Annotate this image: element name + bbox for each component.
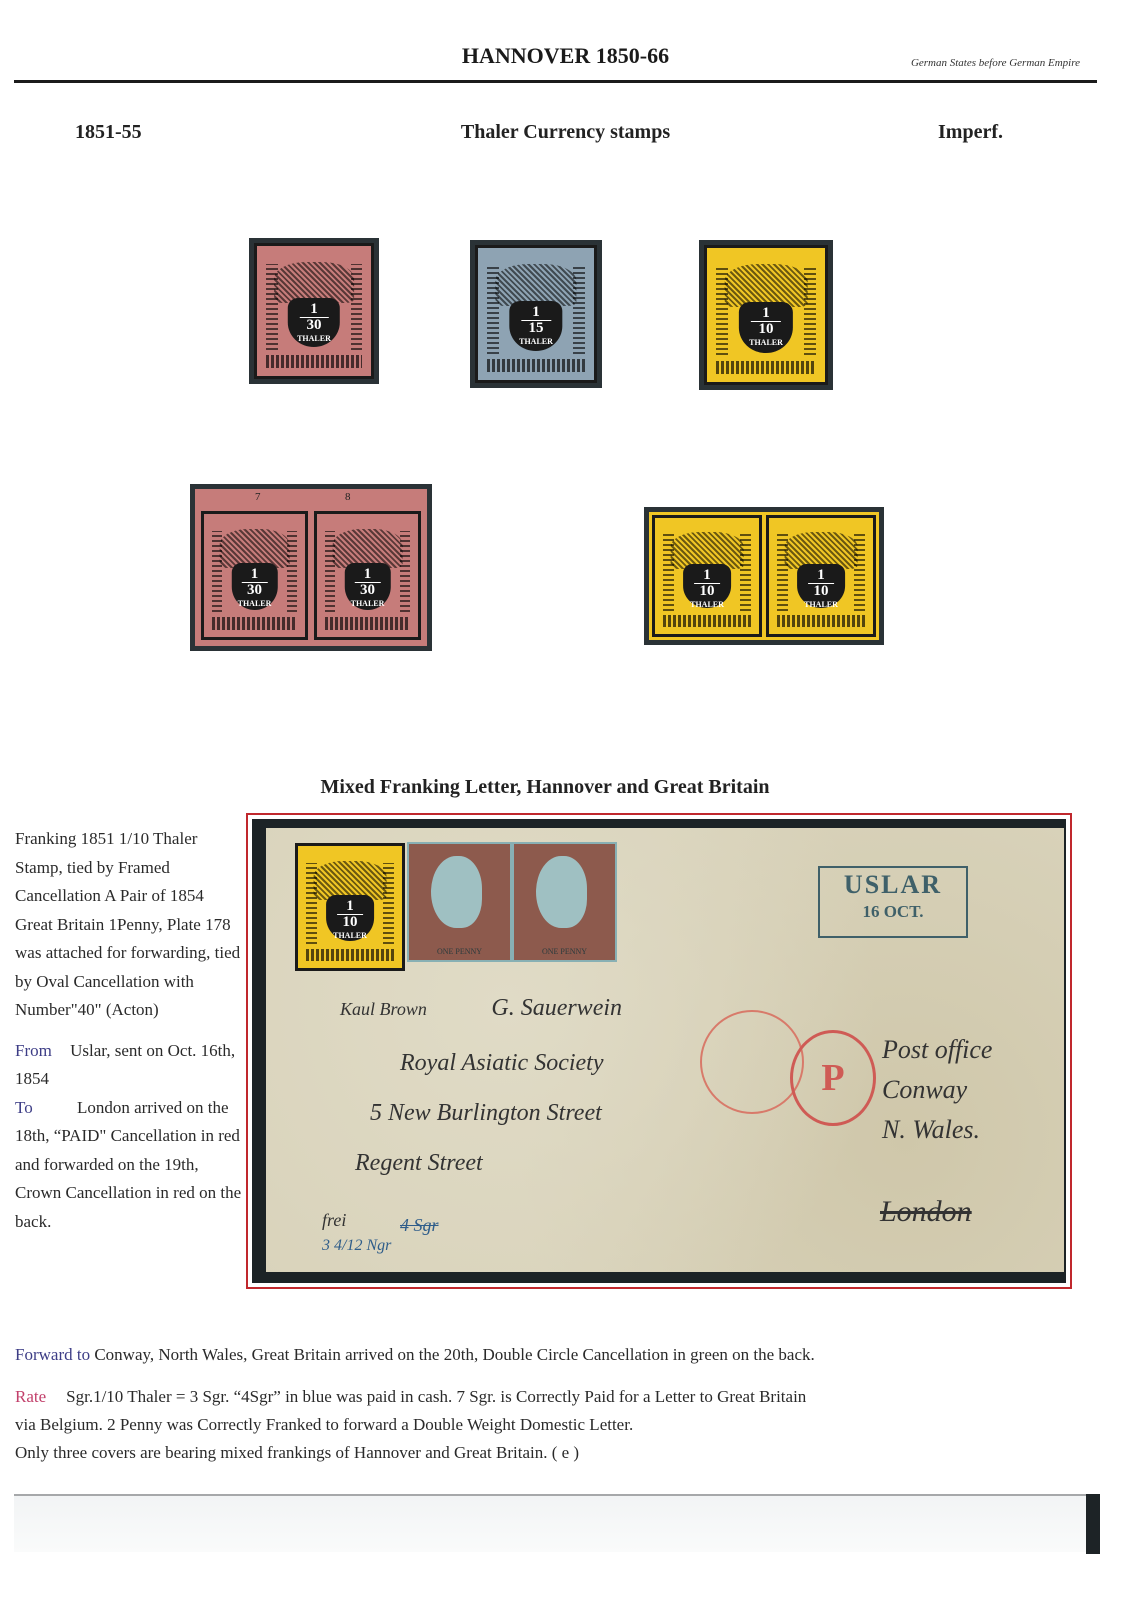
handwriting-blue-amount: 3 4/12 Ngr — [322, 1237, 391, 1255]
value-shield: 1 15 THALER — [509, 301, 562, 351]
footer-band — [14, 1496, 1100, 1552]
queen-head-icon — [536, 856, 587, 928]
value-shield: 1 10 THALER — [739, 302, 793, 353]
handwriting-struck-amount: 4 Sgr — [400, 1215, 439, 1236]
value-shield: 1 30 THALER — [288, 298, 340, 347]
stamp-mount-1-15-thaler: 1 15 THALER — [470, 240, 602, 388]
stamp-mount-1-10-thaler: 1 10 THALER — [699, 240, 833, 390]
handwriting-line: Royal Asiatic Society — [400, 1050, 604, 1077]
header-divider — [14, 80, 1097, 83]
handwriting-frei: frei — [322, 1210, 346, 1231]
section-type: Imperf. — [938, 121, 1003, 144]
page-subtitle: German States before German Empire — [830, 57, 1080, 69]
london-circular-datestamp — [700, 1010, 804, 1114]
handwriting-line: 5 New Burlington Street — [370, 1100, 602, 1127]
stamp-1-10-thaler: 1 10 THALER — [295, 843, 405, 971]
to-description: To London arrived on the 18th, “PAID" Ca… — [15, 1094, 245, 1237]
paid-cancellation: P — [790, 1030, 876, 1126]
redirect-address: Post office Conway N. Wales. — [882, 1030, 1062, 1150]
stamp-1-10-thaler: 1 10 THALER — [652, 515, 762, 637]
stamp-1-10-thaler: 1 10 THALER — [704, 245, 828, 385]
queen-head-icon — [431, 856, 482, 928]
margin-mark: 7 — [255, 491, 261, 503]
stamp-1-10-thaler: 1 10 THALER — [766, 515, 876, 637]
value-shield: 1 30 THALER — [344, 563, 390, 610]
gb-penny-stamp: ONE PENNY — [409, 844, 510, 960]
rate-label: Rate — [15, 1387, 46, 1406]
to-label: To — [15, 1098, 33, 1117]
gb-penny-pair: ONE PENNY ONE PENNY — [407, 842, 617, 962]
value-shield: 1 10 THALER — [797, 564, 845, 608]
handwriting-line: Regent Street — [355, 1150, 483, 1177]
margin-mark: 8 — [345, 491, 351, 503]
stamp-1-15-thaler: 1 15 THALER — [475, 245, 597, 383]
stamp-mount-1-30-thaler: 1 30 THALER — [249, 238, 379, 384]
uslar-framed-cancellation: USLAR 16 OCT. — [818, 866, 968, 938]
forward-label: Forward to — [15, 1345, 90, 1364]
stamp-pair-mount-1-30-thaler: 7 8 1 30 THALER 1 30 THALER — [190, 484, 432, 651]
stamp-1-30-thaler: 1 30 THALER — [254, 243, 374, 379]
value-shield: 1 10 THALER — [683, 564, 731, 608]
crest-icon — [495, 264, 576, 306]
stamp-1-30-thaler: 1 30 THALER — [201, 511, 308, 640]
stamp-pair-mount-1-10-thaler: 1 10 THALER 1 10 THALER — [644, 507, 884, 645]
footer-marker — [1086, 1494, 1100, 1554]
value-shield: 1 10 THALER — [326, 895, 374, 941]
from-label: From — [15, 1041, 52, 1060]
cover-description: Franking 1851 1/10 Thaler Stamp, tied by… — [15, 825, 245, 1236]
rate-note: RateSgr.1/10 Thaler = 3 Sgr. “4Sgr” in b… — [15, 1383, 1105, 1467]
hannover-stamp-on-cover: 1 10 THALER — [295, 843, 405, 971]
crest-icon — [274, 262, 354, 304]
stamp-1-30-thaler: 1 30 THALER — [314, 511, 421, 640]
handwriting-line: Kaul Brown G. Sauerwein — [340, 995, 622, 1022]
crest-icon — [725, 264, 808, 307]
cover-title: Mixed Franking Letter, Hannover and Grea… — [0, 776, 1090, 799]
franking-description: Franking 1851 1/10 Thaler Stamp, tied by… — [15, 825, 245, 1025]
forward-note: Forward to Conway, North Wales, Great Br… — [15, 1345, 1105, 1365]
sheet-margin: 7 8 1 30 THALER 1 30 THALER — [195, 489, 427, 646]
struck-city: London — [880, 1195, 972, 1229]
gb-penny-stamp: ONE PENNY — [514, 844, 615, 960]
value-shield: 1 30 THALER — [231, 563, 277, 610]
from-description: From Uslar, sent on Oct. 16th, 1854 — [15, 1037, 245, 1094]
